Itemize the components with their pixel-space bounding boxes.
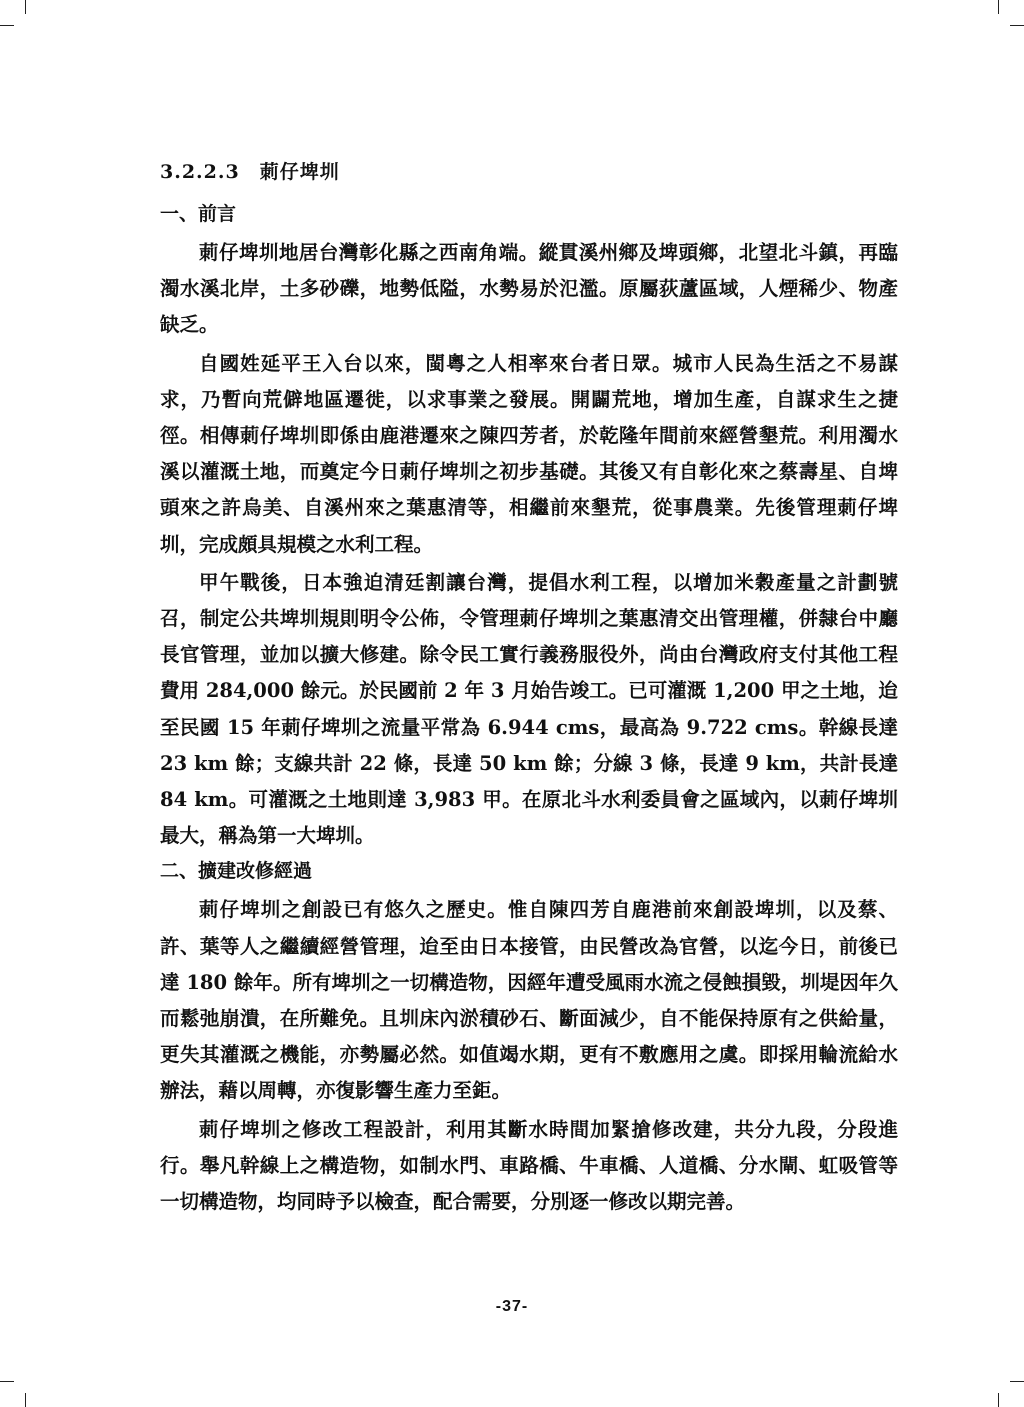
crop-mark-bottom-right-vertical <box>998 1393 999 1407</box>
section-heading: 一、前言 <box>160 199 898 229</box>
paragraph: 莿仔埤圳之創設已有悠久之歷史。惟自陳四芳自鹿港前來創設埤圳，以及蔡、許、葉等人之… <box>160 892 898 1109</box>
paragraph: 自國姓延平王入台以來，閩粵之人相率來台者日眾。城市人民為生活之不易謀求，乃暫向荒… <box>160 346 898 563</box>
page-number: -37- <box>0 1298 1024 1316</box>
crop-mark-bottom-left-horizontal <box>0 1381 14 1382</box>
page-content: 3.2.2.3 莿仔埤圳 一、前言 莿仔埤圳地居台灣彰化縣之西南角端。縱貫溪州鄉… <box>160 157 898 1222</box>
section-expansion-history: 二、擴建改修經過 莿仔埤圳之創設已有悠久之歷史。惟自陳四芳自鹿港前來創設埤圳，以… <box>160 856 898 1220</box>
crop-mark-top-right-horizontal <box>1010 25 1024 26</box>
crop-mark-top-left-horizontal <box>0 25 14 26</box>
paragraph: 甲午戰後，日本強迫清廷割讓台灣，提倡水利工程，以增加米穀產量之計劃號召，制定公共… <box>160 565 898 855</box>
paragraph: 莿仔埤圳之修改工程設計，利用其斷水時間加緊搶修改建，共分九段，分段進行。舉凡幹線… <box>160 1112 898 1221</box>
section-title: 3.2.2.3 莿仔埤圳 <box>160 157 898 187</box>
crop-mark-top-right-vertical <box>998 0 999 14</box>
crop-mark-top-left-vertical <box>25 0 26 14</box>
crop-mark-bottom-left-vertical <box>25 1393 26 1407</box>
section-heading: 二、擴建改修經過 <box>160 856 898 886</box>
crop-mark-bottom-right-horizontal <box>1010 1381 1024 1382</box>
paragraph: 莿仔埤圳地居台灣彰化縣之西南角端。縱貫溪州鄉及埤頭鄉，北望北斗鎮，再臨濁水溪北岸… <box>160 235 898 344</box>
section-introduction: 一、前言 莿仔埤圳地居台灣彰化縣之西南角端。縱貫溪州鄉及埤頭鄉，北望北斗鎮，再臨… <box>160 199 898 854</box>
